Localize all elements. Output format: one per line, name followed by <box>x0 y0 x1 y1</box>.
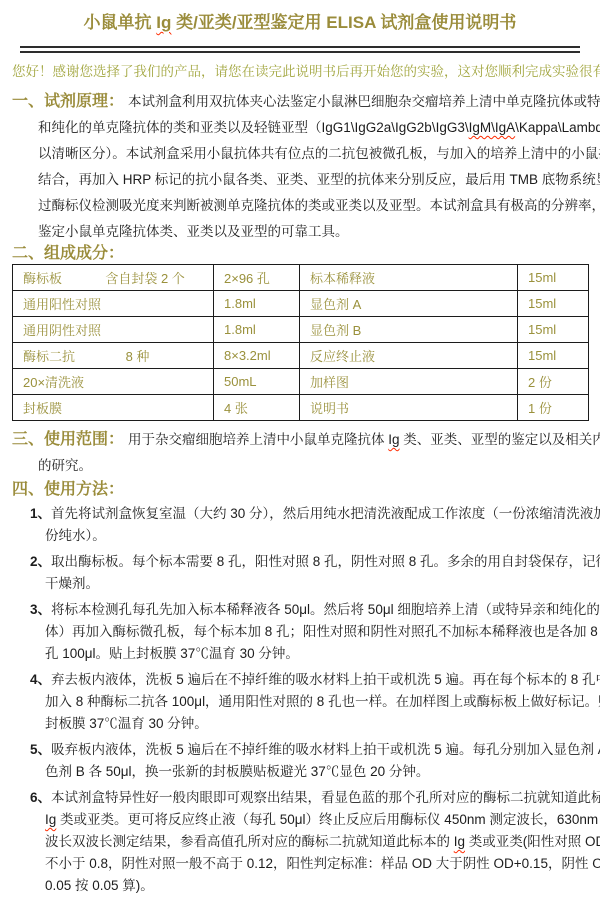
text-line: 孔 100μl。贴上封板膜 37℃温育 30 分钟。 <box>12 643 588 665</box>
text-line: 3、将标本检测孔每孔先加入标本稀释液各 50μl。然后将 50μl 细胞培养上清… <box>12 599 588 621</box>
component-cell: 1.8ml <box>214 291 300 317</box>
method-step-5: 5、吸弃板内液体，洗板 5 遍后在不掉纤维的吸水材料上拍干或机洗 5 遍。每孔分… <box>12 739 588 783</box>
section-components: 二、组成成分： 酶标板 含自封袋 2 个2×96 孔标本稀释液15ml通用阳性对… <box>12 245 588 421</box>
greeting-text: 您好！感谢您选择了我们的产品，请您在读完此说明书后再开始您的实验，这对您顺利完成… <box>12 63 588 81</box>
text-line: 1、首先将试剂盒恢复室温（大约 30 分），然后用纯水把清洗液配成工作浓度（一份… <box>12 503 588 525</box>
text-span: 本试剂盒特异性好一般肉眼即可观察出结果，看显色蓝的那个孔所对应的酶标二抗就知道此… <box>51 790 600 805</box>
text-line: 一、试剂原理：本试剂盒利用双抗体夹心法鉴定小鼠淋巴细胞杂交瘤培养上清中单克隆抗体… <box>12 89 588 115</box>
component-cell: 2 份 <box>518 369 589 395</box>
component-cell: 4 张 <box>214 395 300 421</box>
text-span: 弃去板内液体，洗板 5 遍后在不掉纤维的吸水材料上拍干或机洗 5 遍。再在每个标… <box>51 672 600 687</box>
component-row: 酶标二抗 8 种8×3.2ml反应终止液15ml <box>13 343 589 369</box>
text-line: 不小于 0.8，阴性对照一般不高于 0.12，阳性判定标准：样品 OD 大于阴性… <box>12 853 588 875</box>
method-step-4: 4、弃去板内液体，洗板 5 遍后在不掉纤维的吸水材料上拍干或机洗 5 遍。再在每… <box>12 669 588 735</box>
component-cell: 通用阳性对照 <box>13 291 214 317</box>
component-row: 通用阳性对照1.8ml显色剂 A15ml <box>13 291 589 317</box>
step-number: 1、 <box>30 506 51 521</box>
section-method-heading: 四、使用方法： <box>12 481 124 498</box>
component-cell: 1.8ml <box>214 317 300 343</box>
text-span: 将标本检测孔每孔先加入标本稀释液各 50μl。然后将 50μl 细胞培养上清（或… <box>51 602 600 617</box>
text-line: 和纯化的单克隆抗体的类和亚类以及轻链亚型（IgG1\IgG2a\IgG2b\Ig… <box>12 115 588 141</box>
text-line: 加入 8 种酶标二抗各 100μl，通用阳性对照的 8 孔也一样。在加样图上或酶… <box>12 691 588 713</box>
component-cell: 8×3.2ml <box>214 343 300 369</box>
component-cell: 通用阴性对照 <box>13 317 214 343</box>
text-line: 三、使用范围：用于杂交瘤细胞培养上清中小鼠单克隆抗体 Ig 类、亚类、亚型的鉴定… <box>12 427 588 453</box>
misspelled-word: Ig <box>45 812 56 827</box>
component-cell: 显色剂 B <box>300 317 518 343</box>
text-line: 2、取出酶标板。每个标本需要 8 孔，阳性对照 8 孔，阴性对照 8 孔。多余的… <box>12 551 588 573</box>
text-span: 吸弃板内液体，洗板 5 遍后在不掉纤维的吸水材料上拍干或机洗 5 遍。每孔分别加… <box>51 742 600 757</box>
method-steps: 1、首先将试剂盒恢复室温（大约 30 分），然后用纯水把清洗液配成工作浓度（一份… <box>12 503 588 897</box>
section-scope-heading: 三、使用范围： <box>12 431 124 448</box>
step-number: 2、 <box>30 554 51 569</box>
method-step-2: 2、取出酶标板。每个标本需要 8 孔，阳性对照 8 孔，阴性对照 8 孔。多余的… <box>12 551 588 595</box>
section-method: 四、使用方法： 1、首先将试剂盒恢复室温（大约 30 分），然后用纯水把清洗液配… <box>12 481 588 897</box>
component-cell: 说明书 <box>300 395 518 421</box>
component-cell: 50mL <box>214 369 300 395</box>
component-cell: 15ml <box>518 343 589 369</box>
component-cell: 酶标二抗 8 种 <box>13 343 214 369</box>
text-line: 二、组成成分： <box>12 245 588 262</box>
title-divider <box>20 46 580 53</box>
component-row: 封板膜4 张说明书1 份 <box>13 395 589 421</box>
step-number: 4、 <box>30 672 51 687</box>
text-line: 体）再加入酶标微孔板，每个标本加 8 孔；阳性对照和阴性对照孔不加标本稀释液也是… <box>12 621 588 643</box>
text-line: Ig 类或亚类。更可将反应终止液（每孔 50μl）终止反应后用酶标仪 450nm… <box>12 809 588 831</box>
misspelled-word: Ig <box>454 834 465 849</box>
text-span: 首先将试剂盒恢复室温（大约 30 分），然后用纯水把清洗液配成工作浓度（一份浓缩… <box>51 506 600 521</box>
text-span: 取出酶标板。每个标本需要 8 孔，阳性对照 8 孔，阴性对照 8 孔。多余的用自… <box>51 554 600 569</box>
text-line: 的研究。 <box>12 453 588 479</box>
text-line: 份纯水）。 <box>12 525 588 547</box>
text-span: 本试剂盒利用双抗体夹心法鉴定小鼠淋巴细胞杂交瘤培养上清中单克隆抗体或特异亲 <box>128 94 600 109</box>
component-cell: 1 份 <box>518 395 589 421</box>
component-cell: 反应终止液 <box>300 343 518 369</box>
section-principle: 一、试剂原理：本试剂盒利用双抗体夹心法鉴定小鼠淋巴细胞杂交瘤培养上清中单克隆抗体… <box>12 89 588 245</box>
step-number: 6、 <box>30 790 51 805</box>
component-cell: 2×96 孔 <box>214 265 300 291</box>
text-line: 过酶标仪检测吸光度来判断被测单克隆抗体的类或亚类以及亚型。本试剂盒具有极高的分辨… <box>12 193 588 219</box>
step-number: 3、 <box>30 602 51 617</box>
misspelled-word: IgM\IgA <box>469 120 516 135</box>
misspelled-word: Ig <box>388 432 399 447</box>
component-row: 酶标板 含自封袋 2 个2×96 孔标本稀释液15ml <box>13 265 589 291</box>
method-step-1: 1、首先将试剂盒恢复室温（大约 30 分），然后用纯水把清洗液配成工作浓度（一份… <box>12 503 588 547</box>
components-table: 酶标板 含自封袋 2 个2×96 孔标本稀释液15ml通用阳性对照1.8ml显色… <box>12 264 589 421</box>
component-cell: 加样图 <box>300 369 518 395</box>
text-line: 4、弃去板内液体，洗板 5 遍后在不掉纤维的吸水材料上拍干或机洗 5 遍。再在每… <box>12 669 588 691</box>
component-cell: 15ml <box>518 265 589 291</box>
component-cell: 15ml <box>518 291 589 317</box>
method-step-6: 6、本试剂盒特异性好一般肉眼即可观察出结果，看显色蓝的那个孔所对应的酶标二抗就知… <box>12 787 588 897</box>
component-cell: 封板膜 <box>13 395 214 421</box>
text-line: 6、本试剂盒特异性好一般肉眼即可观察出结果，看显色蓝的那个孔所对应的酶标二抗就知… <box>12 787 588 809</box>
text-line: 干燥剂。 <box>12 573 588 595</box>
method-step-3: 3、将标本检测孔每孔先加入标本稀释液各 50μl。然后将 50μl 细胞培养上清… <box>12 599 588 665</box>
component-row: 20×清洗液50mL加样图2 份 <box>13 369 589 395</box>
text-line: 以清晰区分）。本试剂盒采用小鼠抗体共有位点的二抗包被微孔板，与加入的培养上清中的… <box>12 141 588 167</box>
text-line: 结合，再加入 HRP 标记的抗小鼠各类、亚类、亚型的抗体来分别反应，最后用 TM… <box>12 167 588 193</box>
component-cell: 显色剂 A <box>300 291 518 317</box>
component-cell: 酶标板 含自封袋 2 个 <box>13 265 214 291</box>
document: 小鼠单抗 Ig 类/亚类/亚型鉴定用 ELISA 试剂盒使用说明书 您好！感谢您… <box>0 0 600 913</box>
text-line: 5、吸弃板内液体，洗板 5 遍后在不掉纤维的吸水材料上拍干或机洗 5 遍。每孔分… <box>12 739 588 761</box>
component-cell: 标本稀释液 <box>300 265 518 291</box>
section-scope: 三、使用范围：用于杂交瘤细胞培养上清中小鼠单克隆抗体 Ig 类、亚类、亚型的鉴定… <box>12 427 588 479</box>
step-number: 5、 <box>30 742 51 757</box>
text-line: 封板膜 37℃温育 30 分钟。 <box>12 713 588 735</box>
component-cell: 20×清洗液 <box>13 369 214 395</box>
text-span: 用于杂交瘤细胞培养上清中小鼠单克隆抗体 Ig 类、亚类、亚型的鉴定以及相关内容 <box>128 432 600 447</box>
section-principle-heading: 一、试剂原理： <box>12 93 124 110</box>
text-line: 四、使用方法： <box>12 481 588 498</box>
text-line: 0.05 按 0.05 算)。 <box>12 875 588 897</box>
document-title: 小鼠单抗 Ig 类/亚类/亚型鉴定用 ELISA 试剂盒使用说明书 <box>12 10 588 36</box>
component-row: 通用阴性对照1.8ml显色剂 B15ml <box>13 317 589 343</box>
section-components-heading: 二、组成成分： <box>12 245 124 262</box>
misspelled-word: Ig <box>156 13 171 32</box>
text-line: 色剂 B 各 50μl，换一张新的封板膜贴板避光 37℃显色 20 分钟。 <box>12 761 588 783</box>
component-cell: 15ml <box>518 317 589 343</box>
text-line: 波长双波长测定结果，参看高值孔所对应的酶标二抗就知道此标本的 Ig 类或亚类(阳… <box>12 831 588 853</box>
text-line: 鉴定小鼠单克隆抗体类、亚类以及亚型的可靠工具。 <box>12 219 588 245</box>
